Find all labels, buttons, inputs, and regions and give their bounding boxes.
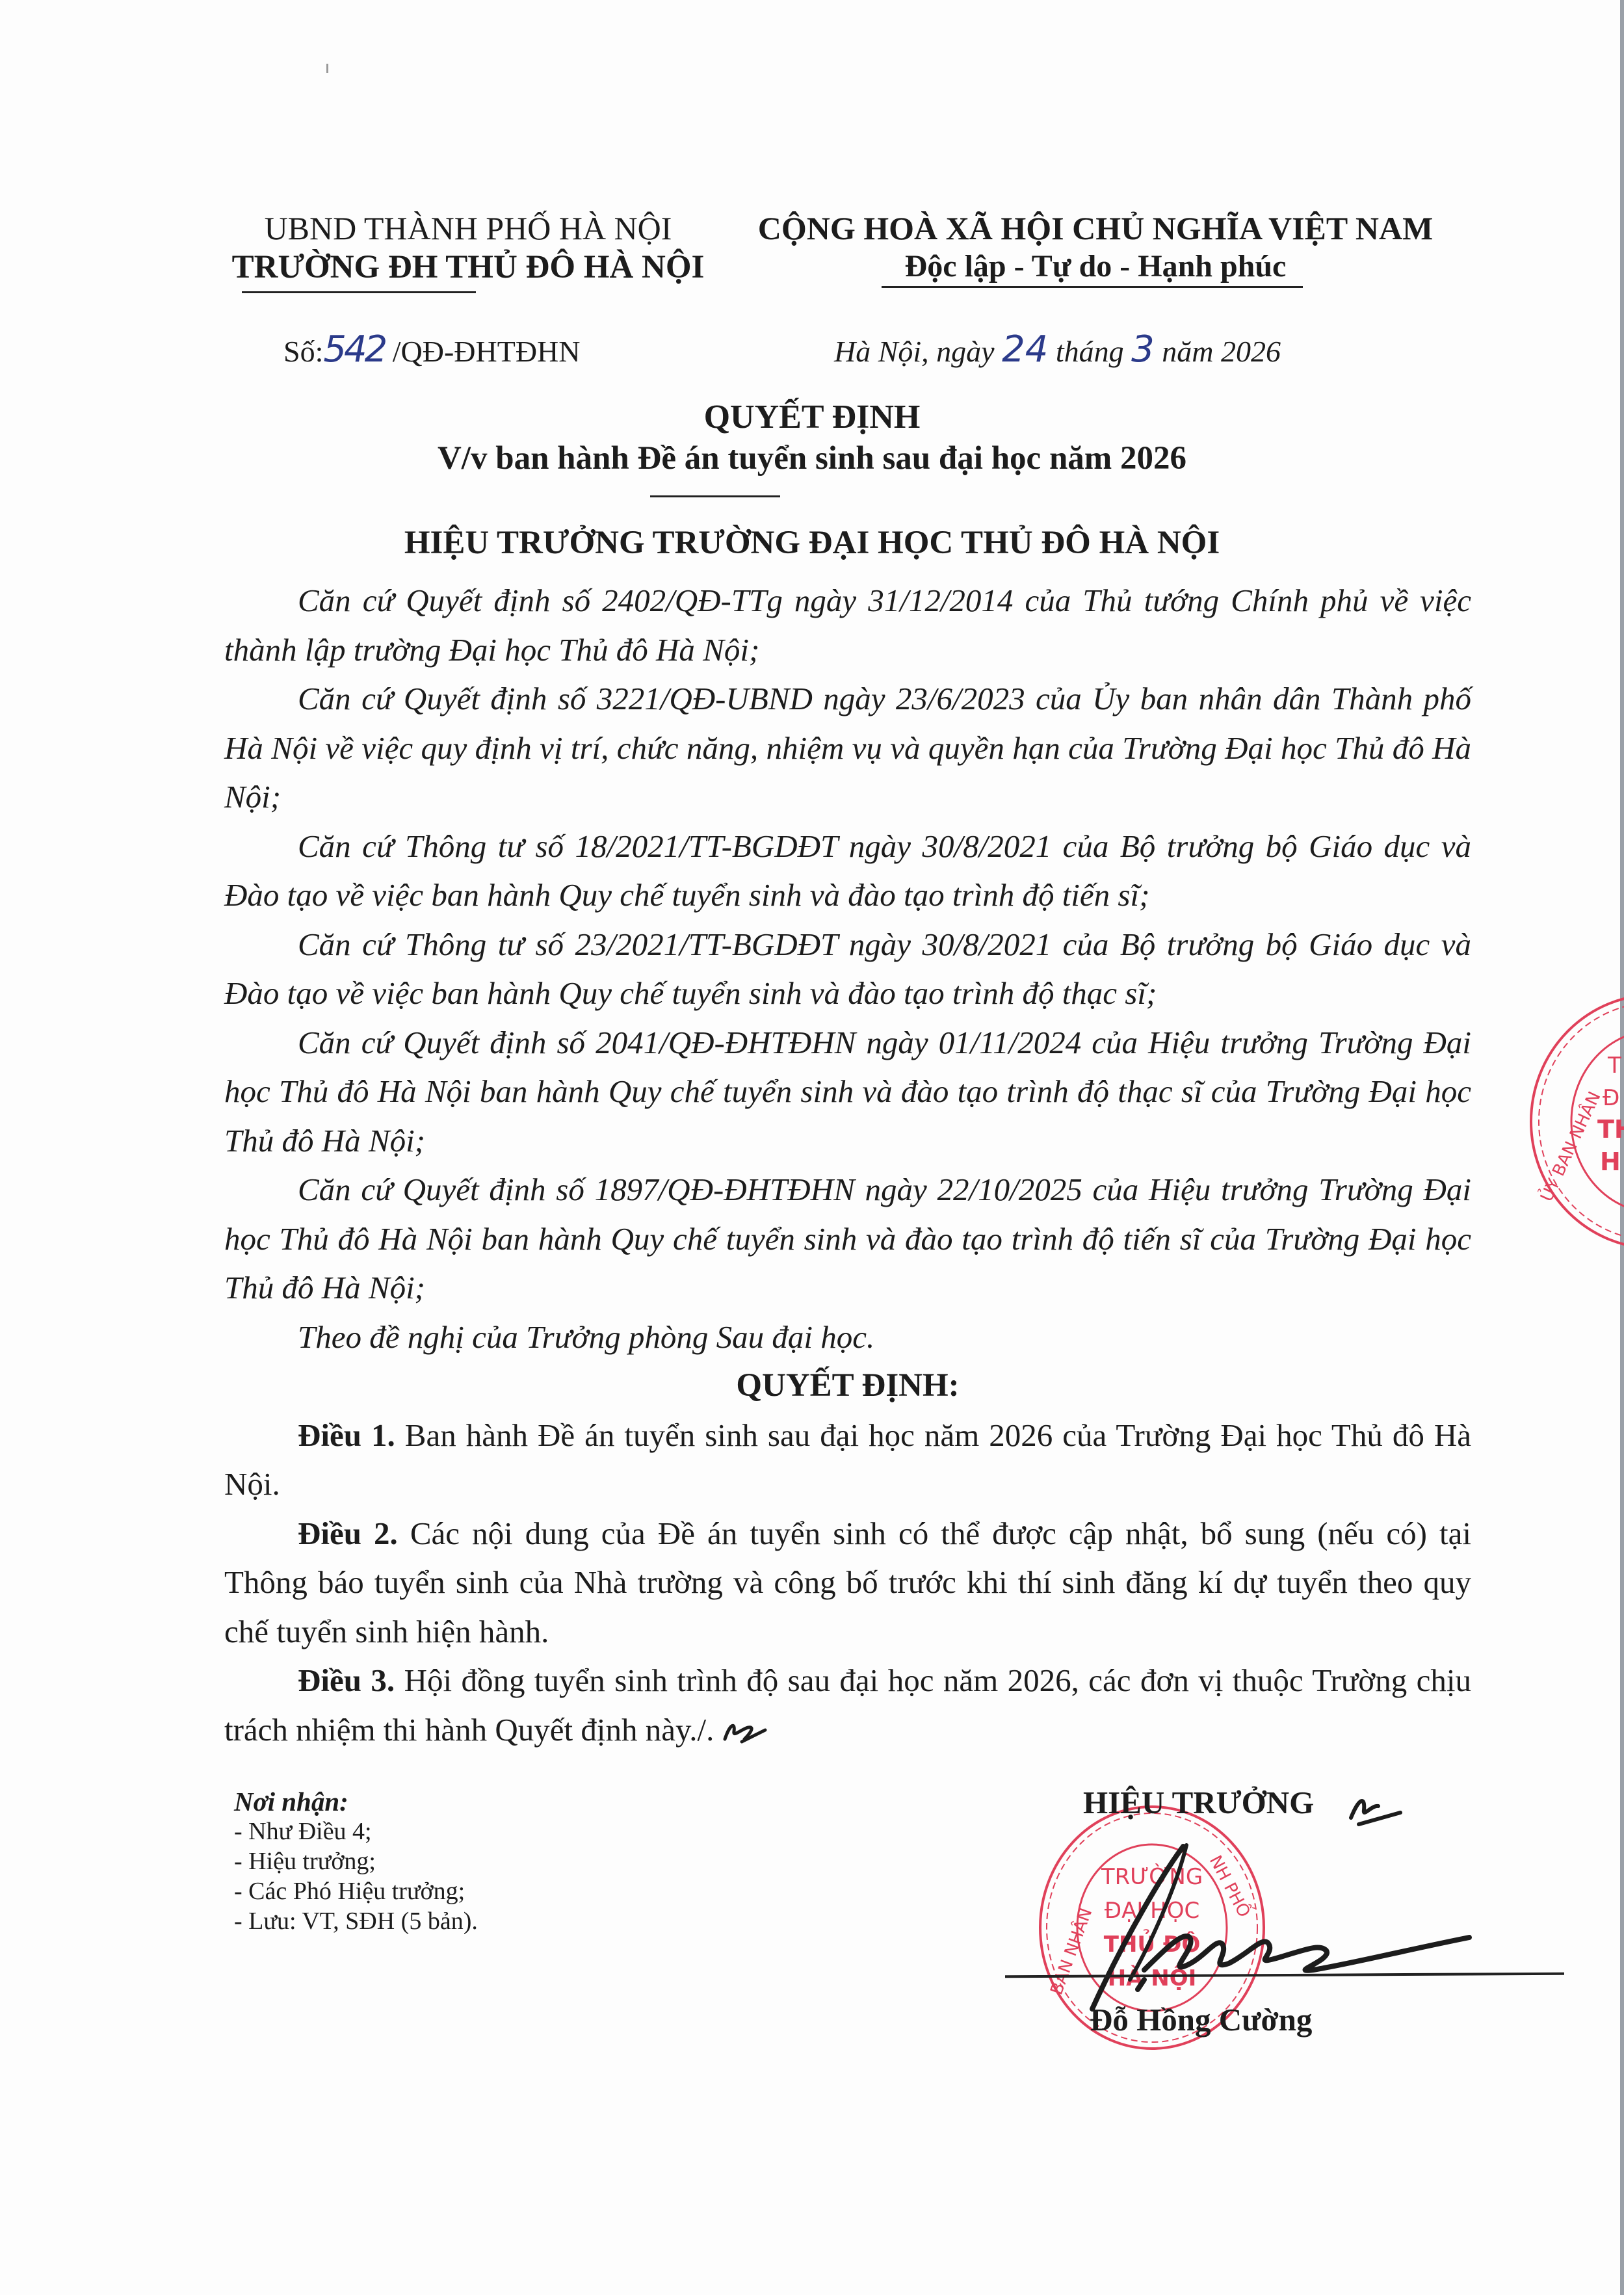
country-name: CỘNG HOÀ XÃ HỘI CHỦ NGHĨA VIỆT NAM <box>722 209 1469 247</box>
date-year: năm 2026 <box>1155 335 1281 368</box>
svg-text:ỦY BAN NHÂN: ỦY BAN NHÂN <box>1535 1088 1605 1205</box>
legal-basis: Theo đề nghị của Trưởng phòng Sau đại họ… <box>224 1313 1471 1362</box>
motto-underline <box>882 286 1303 288</box>
legal-basis: Căn cứ Quyết định số 3221/QĐ-UBND ngày 2… <box>224 674 1471 822</box>
recipient-item: - Lưu: VT, SĐH (5 bản). <box>234 1906 478 1936</box>
signer-name: Đỗ Hồng Cường <box>1090 2001 1312 2038</box>
article-label: Điều 1. <box>298 1417 395 1453</box>
issuer-parent: UBND THÀNH PHỐ HÀ NỘI <box>221 209 715 247</box>
date-month-label: tháng <box>1048 335 1131 368</box>
legal-basis: Căn cứ Thông tư số 18/2021/TT-BGDĐT ngày… <box>224 822 1471 920</box>
recipient-item: - Hiệu trưởng; <box>234 1846 478 1876</box>
recipients-block: Nơi nhận: - Như Điều 4; - Hiệu trưởng; -… <box>234 1787 478 1936</box>
number-prefix: Số: <box>283 335 323 368</box>
svg-text:T: T <box>1607 1053 1621 1079</box>
article-label: Điều 3. <box>298 1662 395 1698</box>
article-label: Điều 2. <box>298 1515 398 1551</box>
date-place: Hà Nội, ngày <box>834 335 1002 368</box>
decision-heading: QUYẾT ĐỊNH: <box>224 1361 1471 1411</box>
document-number: Số:542 /QĐ-ĐHTĐHN <box>283 328 581 371</box>
issuing-authority: HIỆU TRƯỞNG TRƯỜNG ĐẠI HỌC THỦ ĐÔ HÀ NỘI <box>0 524 1624 562</box>
legal-basis: Căn cứ Thông tư số 23/2021/TT-BGDĐT ngày… <box>224 920 1471 1018</box>
document-subject: V/v ban hành Đề án tuyển sinh sau đại họ… <box>0 439 1624 477</box>
document-body: Căn cứ Quyết định số 2402/QĐ-TTg ngày 31… <box>224 576 1471 1754</box>
article: Điều 3. Hội đồng tuyển sinh trình độ sau… <box>224 1656 1471 1754</box>
initial-mark-icon <box>722 1720 768 1746</box>
recipient-item: - Như Điều 4; <box>234 1816 478 1846</box>
recipient-item: - Các Phó Hiệu trưởng; <box>234 1876 478 1906</box>
article-text: Ban hành Đề án tuyển sinh sau đại học nă… <box>224 1417 1471 1502</box>
document-title: QUYẾT ĐỊNH <box>0 398 1624 436</box>
signature-icon <box>1053 1833 1508 2022</box>
legal-basis: Căn cứ Quyết định số 2402/QĐ-TTg ngày 31… <box>224 576 1471 674</box>
national-motto: Độc lập - Tự do - Hạnh phúc <box>722 248 1469 284</box>
initial-mark-icon <box>1346 1792 1404 1831</box>
svg-text:Đ: Đ <box>1603 1085 1619 1111</box>
document-page: UBND THÀNH PHỐ HÀ NỘI TRƯỜNG ĐH THỦ ĐÔ H… <box>0 0 1624 2295</box>
handwritten-day: 24 <box>1002 328 1048 371</box>
handwritten-number: 542 <box>323 328 385 371</box>
handwritten-month: 3 <box>1131 328 1155 371</box>
edge-seal-icon: ỦY BAN NHÂN T Đ TH H <box>1525 988 1624 1255</box>
issuer-underline <box>242 291 476 293</box>
subject-underline <box>650 495 780 497</box>
article-text: Các nội dung của Đề án tuyển sinh có thể… <box>224 1515 1471 1649</box>
scan-mark <box>326 64 328 73</box>
article: Điều 2. Các nội dung của Đề án tuyển sin… <box>224 1509 1471 1657</box>
number-suffix: /QĐ-ĐHTĐHN <box>385 335 580 368</box>
issue-date: Hà Nội, ngày 24 tháng 3 năm 2026 <box>834 328 1281 371</box>
recipients-title: Nơi nhận: <box>234 1787 478 1816</box>
issuer-name: TRƯỜNG ĐH THỦ ĐÔ HÀ NỘI <box>195 248 741 286</box>
legal-basis: Căn cứ Quyết định số 1897/QĐ-ĐHTĐHN ngày… <box>224 1165 1471 1313</box>
article: Điều 1. Ban hành Đề án tuyển sinh sau đạ… <box>224 1411 1471 1509</box>
signer-title: HIỆU TRƯỞNG <box>1083 1784 1314 1821</box>
legal-basis: Căn cứ Quyết định số 2041/QĐ-ĐHTĐHN ngày… <box>224 1018 1471 1166</box>
svg-text:TH: TH <box>1597 1115 1624 1144</box>
svg-text:H: H <box>1600 1147 1621 1176</box>
article-text: Hội đồng tuyển sinh trình độ sau đại học… <box>224 1662 1471 1748</box>
